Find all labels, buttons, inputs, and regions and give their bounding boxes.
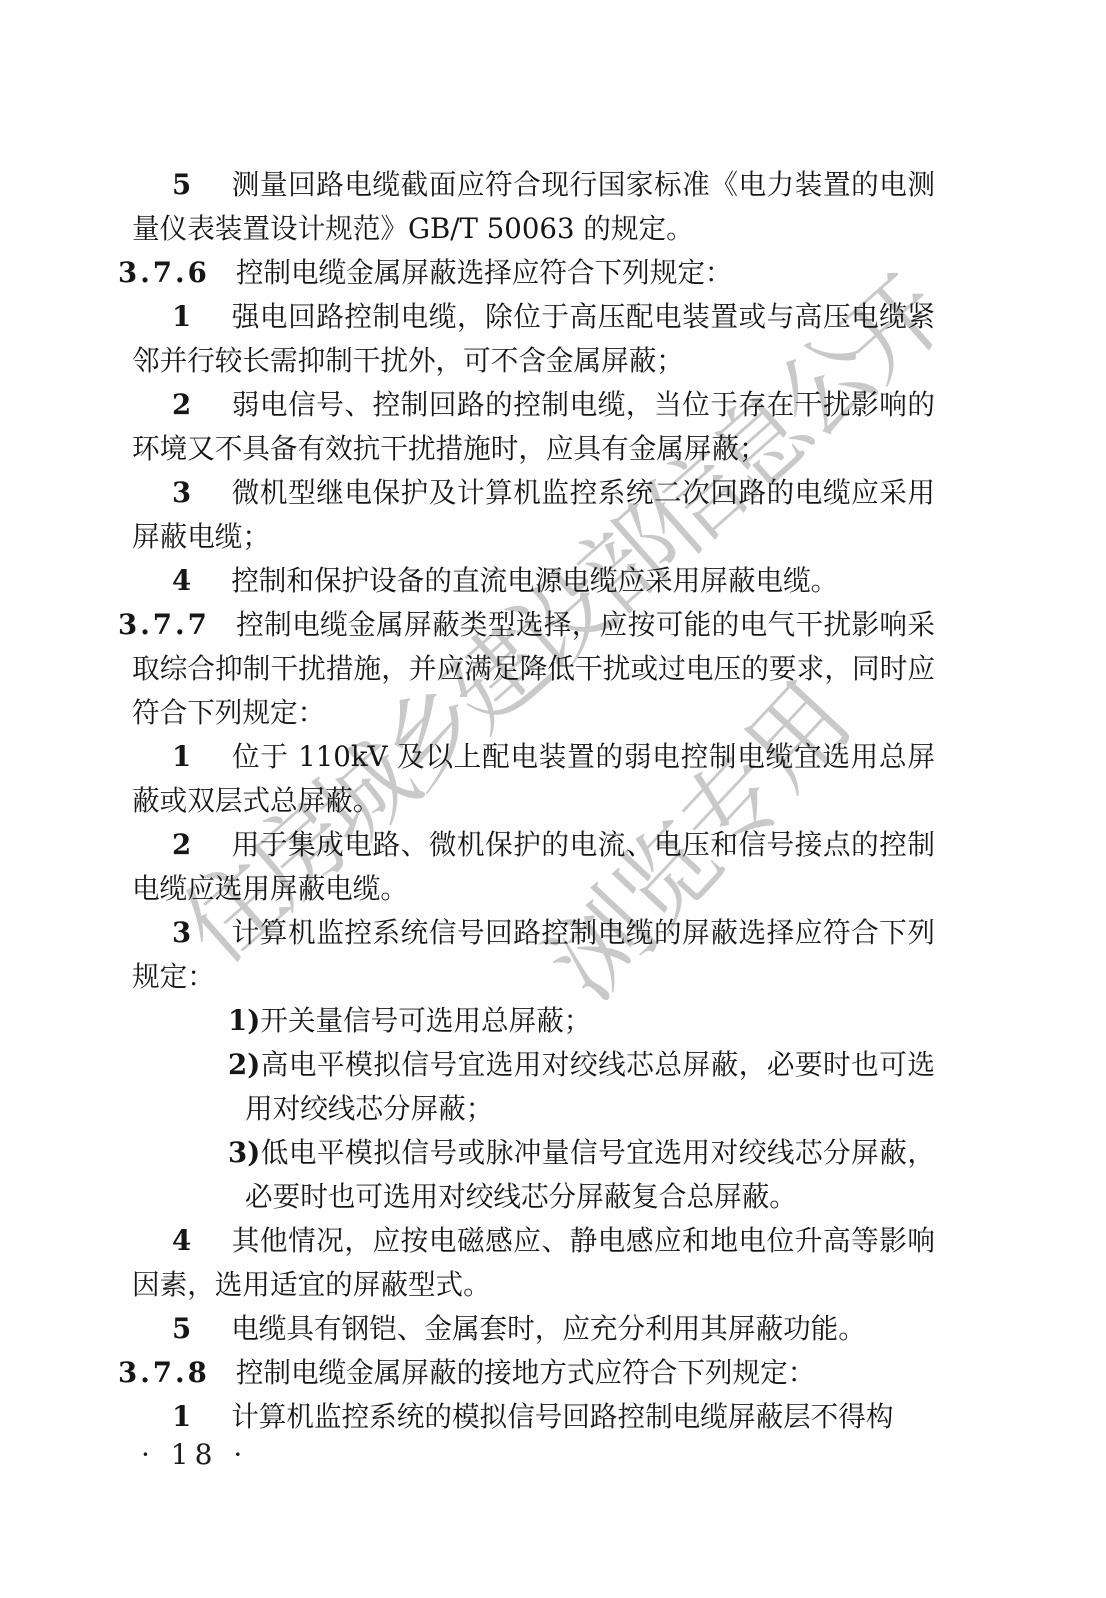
- sub-item-paragraph: 3)低电平模拟信号或脉冲量信号宜选用对绞线芯分屏蔽，必要时也可选用对绞线芯分屏蔽…: [132, 1131, 935, 1219]
- item-marker: 2): [228, 1048, 260, 1081]
- paragraph-text: 控制电缆金属屏蔽的接地方式应符合下列规定：: [236, 1356, 815, 1389]
- paragraph-text: 位于 110kV 及以上配电装置的弱电控制电缆宜选用总屏蔽或双层式总屏蔽。: [132, 740, 935, 817]
- paragraph-text: 开关量信号可选用总屏蔽；: [260, 1004, 591, 1037]
- paragraph-text: 电缆具有钢铠、金属套时，应充分利用其屏蔽功能。: [231, 1312, 866, 1345]
- item-paragraph: 2弱电信号、控制回路的控制电缆，当位于存在干扰影响的环境又不具备有效抗干扰措施时…: [132, 383, 935, 471]
- paragraph-text: 计算机监控系统信号回路控制电缆的屏蔽选择应符合下列规定：: [132, 916, 935, 993]
- paragraph-text: 微机型继电保护及计算机监控系统二次回路的电缆应采用屏蔽电缆；: [132, 476, 935, 553]
- paragraph-text: 控制和保护设备的直流电源电缆应采用屏蔽电缆。: [231, 564, 838, 597]
- item-paragraph: 1位于 110kV 及以上配电装置的弱电控制电缆宜选用总屏蔽或双层式总屏蔽。: [132, 735, 935, 823]
- page-content: 5测量回路电缆截面应符合现行国家标准《电力装置的电测量仪表装置设计规范》GB/T…: [132, 163, 935, 1439]
- paragraph-text: 低电平模拟信号或脉冲量信号宜选用对绞线芯分屏蔽，必要时也可选用对绞线芯分屏蔽复合…: [245, 1136, 935, 1213]
- paragraph-text: 计算机监控系统的模拟信号回路控制电缆屏蔽层不得构: [231, 1400, 893, 1433]
- paragraph-text: 测量回路电缆截面应符合现行国家标准《电力装置的电测量仪表装置设计规范》GB/T …: [132, 168, 935, 245]
- item-marker: 1: [172, 740, 191, 773]
- paragraph-text: 高电平模拟信号宜选用对绞线芯总屏蔽，必要时也可选用对绞线芯分屏蔽；: [245, 1048, 935, 1125]
- paragraph-text: 强电回路控制电缆，除位于高压配电装置或与高压电缆紧邻并行较长需抑制干扰外，可不含…: [132, 300, 935, 377]
- sub-item-paragraph: 1)开关量信号可选用总屏蔽；: [132, 999, 935, 1043]
- item-marker: 3: [172, 916, 191, 949]
- clause-paragraph: 3.7.7控制电缆金属屏蔽类型选择，应按可能的电气干扰影响采取综合抑制干扰措施，…: [132, 603, 935, 735]
- item-marker: 5: [172, 1312, 191, 1345]
- item-marker: 3.7.6: [118, 256, 210, 289]
- item-paragraph: 3微机型继电保护及计算机监控系统二次回路的电缆应采用屏蔽电缆；: [132, 471, 935, 559]
- document-page: 住房城乡建设部信息公开 浏览专用 5测量回路电缆截面应符合现行国家标准《电力装置…: [0, 0, 1106, 1598]
- clause-paragraph: 3.7.6控制电缆金属屏蔽选择应符合下列规定：: [132, 251, 935, 295]
- item-marker: 5: [172, 168, 191, 201]
- item-paragraph: 5电缆具有钢铠、金属套时，应充分利用其屏蔽功能。: [132, 1307, 935, 1351]
- item-paragraph: 4其他情况，应按电磁感应、静电感应和地电位升高等影响因素，选用适宜的屏蔽型式。: [132, 1219, 935, 1307]
- item-marker: 1): [228, 1004, 260, 1037]
- item-marker: 3: [172, 476, 191, 509]
- paragraph-text: 其他情况，应按电磁感应、静电感应和地电位升高等影响因素，选用适宜的屏蔽型式。: [132, 1224, 935, 1301]
- item-paragraph: 2用于集成电路、微机保护的电流、电压和信号接点的控制电缆应选用屏蔽电缆。: [132, 823, 935, 911]
- paragraph-text: 控制电缆金属屏蔽选择应符合下列规定：: [236, 256, 733, 289]
- item-marker: 2: [172, 388, 191, 421]
- item-marker: 1: [172, 1400, 191, 1433]
- item-marker: 3.7.7: [118, 608, 210, 641]
- page-number: · 18 ·: [141, 1438, 248, 1472]
- item-paragraph: 5测量回路电缆截面应符合现行国家标准《电力装置的电测量仪表装置设计规范》GB/T…: [132, 163, 935, 251]
- paragraph-text: 弱电信号、控制回路的控制电缆，当位于存在干扰影响的环境又不具备有效抗干扰措施时，…: [132, 388, 935, 465]
- item-paragraph: 1强电回路控制电缆，除位于高压配电装置或与高压电缆紧邻并行较长需抑制干扰外，可不…: [132, 295, 935, 383]
- item-marker: 4: [172, 564, 191, 597]
- item-paragraph: 4控制和保护设备的直流电源电缆应采用屏蔽电缆。: [132, 559, 935, 603]
- item-marker: 3.7.8: [118, 1356, 210, 1389]
- clause-paragraph: 3.7.8控制电缆金属屏蔽的接地方式应符合下列规定：: [132, 1351, 935, 1395]
- item-paragraph: 1计算机监控系统的模拟信号回路控制电缆屏蔽层不得构: [132, 1395, 935, 1439]
- item-marker: 2: [172, 828, 191, 861]
- item-marker: 3): [228, 1136, 260, 1169]
- item-paragraph: 3计算机监控系统信号回路控制电缆的屏蔽选择应符合下列规定：: [132, 911, 935, 999]
- paragraph-text: 控制电缆金属屏蔽类型选择，应按可能的电气干扰影响采取综合抑制干扰措施，并应满足降…: [132, 608, 935, 729]
- item-marker: 4: [172, 1224, 191, 1257]
- sub-item-paragraph: 2)高电平模拟信号宜选用对绞线芯总屏蔽，必要时也可选用对绞线芯分屏蔽；: [132, 1043, 935, 1131]
- item-marker: 1: [172, 300, 191, 333]
- paragraph-text: 用于集成电路、微机保护的电流、电压和信号接点的控制电缆应选用屏蔽电缆。: [132, 828, 935, 905]
